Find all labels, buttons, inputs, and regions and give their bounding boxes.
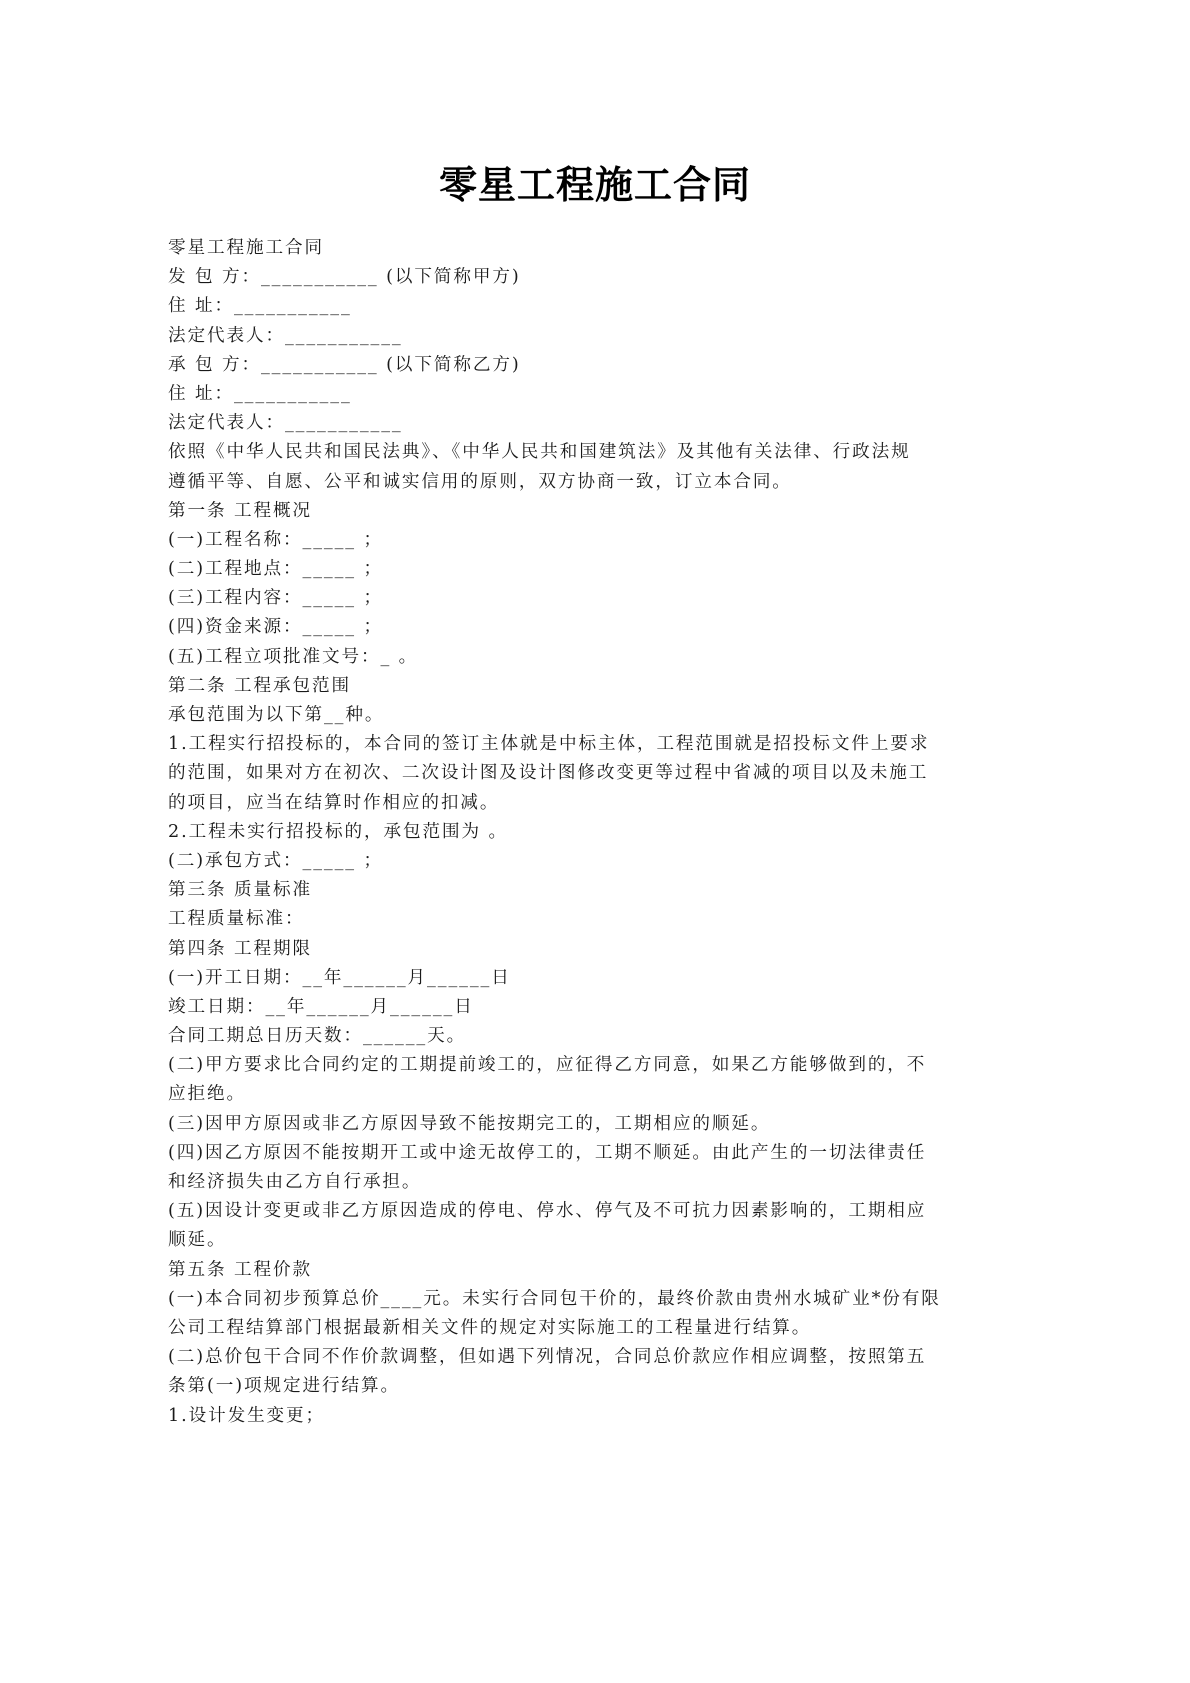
text-line-party-b-address: 住 址：___________ <box>168 380 1018 409</box>
section-heading-2: 第二条 工程承包范围 <box>168 672 1018 701</box>
text-line-party-a-rep: 法定代表人：___________ <box>168 322 1018 351</box>
text-line: (五)工程立项批准文号：_ 。 <box>168 643 1018 672</box>
text-line: 承包范围为以下第__种。 <box>168 701 1018 730</box>
text-line: (四)资金来源：_____ ； <box>168 613 1018 642</box>
text-line-subtitle: 零星工程施工合同 <box>168 234 1018 263</box>
text-line-party-a-address: 住 址：___________ <box>168 292 1018 321</box>
text-line: 应拒绝。 <box>168 1080 1018 1109</box>
text-line: 的项目，应当在结算时作相应的扣减。 <box>168 789 1018 818</box>
text-line: 1.设计发生变更； <box>168 1402 1018 1431</box>
text-line: 和经济损失由乙方自行承担。 <box>168 1168 1018 1197</box>
section-heading-4: 第四条 工程期限 <box>168 935 1018 964</box>
text-line-party-b-rep: 法定代表人：___________ <box>168 409 1018 438</box>
text-line: (二)总价包干合同不作价款调整，但如遇下列情况，合同总价款应作相应调整，按照第五 <box>168 1343 1018 1372</box>
text-line: 竣工日期：__年______月______日 <box>168 993 1018 1022</box>
text-line: (五)因设计变更或非乙方原因造成的停电、停水、停气及不可抗力因素影响的，工期相应 <box>168 1197 1018 1226</box>
text-line: (四)因乙方原因不能按期开工或中途无故停工的，工期不顺延。由此产生的一切法律责任 <box>168 1139 1018 1168</box>
text-line: 的范围，如果对方在初次、二次设计图及设计图修改变更等过程中省减的项目以及未施工 <box>168 759 1018 788</box>
text-line-preamble: 依照《中华人民共和国民法典》、《中华人民共和国建筑法》及其他有关法律、行政法规 <box>168 438 1018 467</box>
text-line: (三)因甲方原因或非乙方原因导致不能按期完工的，工期相应的顺延。 <box>168 1110 1018 1139</box>
document-body: 零星工程施工合同 发 包 方：___________ (以下简称甲方) 住 址：… <box>168 234 1018 1431</box>
text-line: (二)工程地点：_____ ； <box>168 555 1018 584</box>
text-line-preamble: 遵循平等、自愿、公平和诚实信用的原则，双方协商一致，订立本合同。 <box>168 468 1018 497</box>
text-line: (三)工程内容：_____ ； <box>168 584 1018 613</box>
text-line: 工程质量标准： <box>168 905 1018 934</box>
document-page: 零星工程施工合同 零星工程施工合同 发 包 方：___________ (以下简… <box>0 0 1190 1683</box>
text-line: 2.工程未实行招投标的，承包范围为 。 <box>168 818 1018 847</box>
document-title: 零星工程施工合同 <box>0 160 1190 210</box>
section-heading-3: 第三条 质量标准 <box>168 876 1018 905</box>
section-heading-1: 第一条 工程概况 <box>168 497 1018 526</box>
text-line: 1.工程实行招投标的，本合同的签订主体就是中标主体，工程范围就是招投标文件上要求 <box>168 730 1018 759</box>
text-line: (一)工程名称：_____ ； <box>168 526 1018 555</box>
text-line: 合同工期总日历天数：______天。 <box>168 1022 1018 1051</box>
text-line: 公司工程结算部门根据最新相关文件的规定对实际施工的工程量进行结算。 <box>168 1314 1018 1343</box>
text-line: 顺延。 <box>168 1226 1018 1255</box>
text-line: (二)承包方式：_____ ； <box>168 847 1018 876</box>
text-line: (一)开工日期：__年______月______日 <box>168 964 1018 993</box>
text-line: 条第(一)项规定进行结算。 <box>168 1372 1018 1401</box>
section-heading-5: 第五条 工程价款 <box>168 1256 1018 1285</box>
text-line: (二)甲方要求比合同约定的工期提前竣工的，应征得乙方同意，如果乙方能够做到的，不 <box>168 1051 1018 1080</box>
text-line-party-b: 承 包 方：___________ (以下简称乙方) <box>168 351 1018 380</box>
text-line: (一)本合同初步预算总价____元。未实行合同包干价的，最终价款由贵州水城矿业*… <box>168 1285 1018 1314</box>
text-line-party-a: 发 包 方：___________ (以下简称甲方) <box>168 263 1018 292</box>
